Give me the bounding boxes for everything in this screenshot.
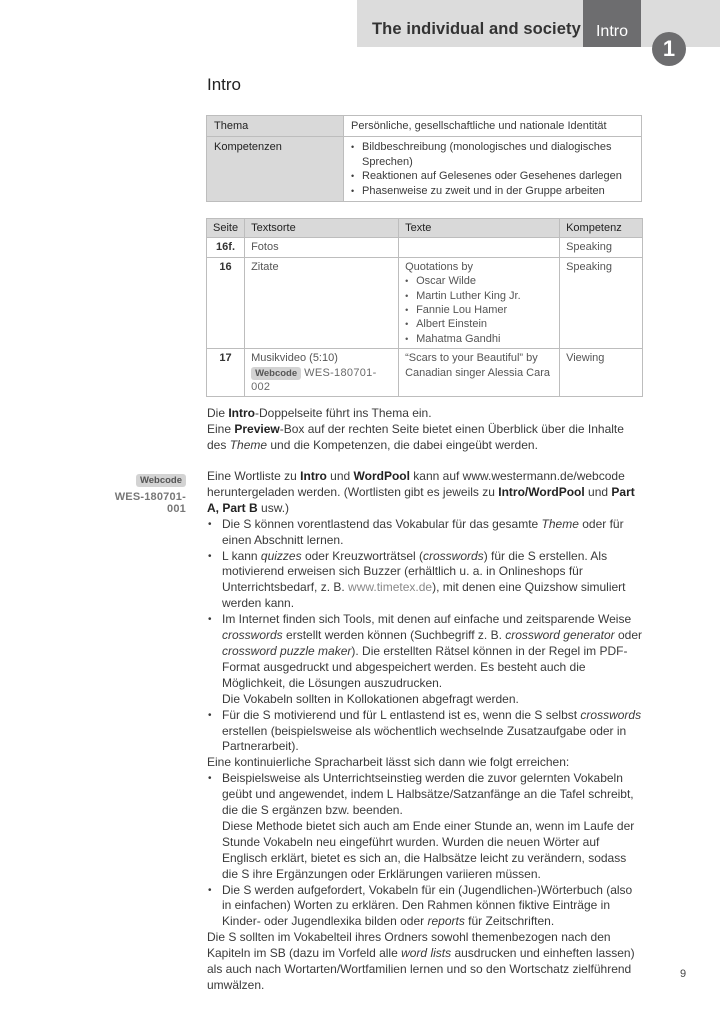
- intro-line-1: Die Intro-Doppelseite führt ins Thema ei…: [207, 406, 643, 422]
- list-item: Martin Luther King Jr.: [405, 289, 553, 303]
- text: Die Vokabeln sollten in Kollokationen ab…: [222, 692, 519, 706]
- side-webcode: Webcode WES-180701-001: [100, 470, 186, 515]
- row-value: Persönliche, gesellschaftliche und natio…: [344, 116, 642, 137]
- cell-competence: Viewing: [560, 349, 643, 397]
- list-item: Fannie Lou Hamer: [405, 303, 553, 317]
- page-number: 9: [680, 968, 686, 980]
- bold-term: Preview: [234, 422, 279, 436]
- list-item: Im Internet finden sich Tools, mit denen…: [207, 612, 643, 707]
- text: erstellen (beispielsweise als wöchentlic…: [222, 724, 626, 754]
- timetex-link[interactable]: www.timetex.de: [348, 580, 432, 594]
- text: erstellt werden können (Suchbegriff z. B…: [283, 628, 506, 642]
- cell-texts: Quotations by Oscar Wilde Martin Luther …: [399, 257, 560, 348]
- paragraph: Die S sollten im Vokabelteil ihres Ordne…: [207, 930, 643, 994]
- italic-term: crosswords: [423, 549, 484, 563]
- cell-page: 16: [207, 257, 245, 348]
- intro-line-2: Eine Preview-Box auf der rechten Seite b…: [207, 422, 643, 454]
- list-item: Die S können vorentlastend das Vokabular…: [207, 517, 643, 549]
- italic-term: Theme: [230, 438, 267, 452]
- list-item: Reaktionen auf Gelesenes oder Gesehenes …: [351, 169, 634, 183]
- overview-table: Thema Persönliche, gesellschaftliche und…: [206, 115, 642, 202]
- row-value: Bildbeschreibung (monologisches und dial…: [344, 137, 642, 202]
- table-header-row: Seite Textsorte Texte Kompetenz: [207, 219, 643, 238]
- page-title: Intro: [207, 75, 241, 95]
- type-label: Musikvideo (5:10): [251, 351, 392, 365]
- row-label: Kompetenzen: [207, 137, 344, 202]
- italic-term: crossword generator: [505, 628, 614, 642]
- italic-term: crossword puzzle maker: [222, 644, 351, 658]
- italic-term: Theme: [542, 517, 579, 531]
- list-item: Die S werden aufgefordert, Vokabeln für …: [207, 883, 643, 931]
- text: usw.): [258, 501, 289, 515]
- text: für Zeitschriften.: [465, 914, 554, 928]
- text: Für die S motivierend und für L entlaste…: [222, 708, 580, 722]
- bold-term: Intro: [300, 469, 327, 483]
- section-tab: Intro: [583, 0, 641, 47]
- webcode-badge: Webcode: [251, 367, 301, 380]
- texts-table: Seite Textsorte Texte Kompetenz 16f. Fot…: [206, 218, 643, 397]
- list-item: Für die S motivierend und für L entlaste…: [207, 708, 643, 756]
- list-item: Albert Einstein: [405, 317, 553, 331]
- cell-page: 17: [207, 349, 245, 397]
- text: Die S können vorentlastend das Vokabular…: [222, 517, 542, 531]
- table-row: 17 Musikvideo (5:10) WebcodeWES-180701-0…: [207, 349, 643, 397]
- main-paragraph: Eine Wortliste zu Intro und WordPool kan…: [207, 469, 643, 994]
- list-item: Phasenweise zu zweit und in der Gruppe a…: [351, 184, 634, 198]
- list-item: Bildbeschreibung (monologisches und dial…: [351, 140, 634, 169]
- column-header: Kompetenz: [560, 219, 643, 238]
- cell-competence: Speaking: [560, 257, 643, 348]
- bold-term: Intro/WordPool: [498, 485, 584, 499]
- cell-type: Fotos: [245, 238, 399, 257]
- webcode-line: WebcodeWES-180701-002: [251, 366, 392, 395]
- webcode-value: WES-180701-001: [100, 491, 186, 515]
- text: oder Kreuzworträtsel (: [302, 549, 423, 563]
- row-label: Thema: [207, 116, 344, 137]
- text: Eine: [207, 422, 234, 436]
- table-row: Kompetenzen Bildbeschreibung (monologisc…: [207, 137, 642, 202]
- text: L kann: [222, 549, 261, 563]
- table-row: 16 Zitate Quotations by Oscar Wilde Mart…: [207, 257, 643, 348]
- quotations-intro: Quotations by: [405, 260, 553, 274]
- text: Eine Wortliste zu: [207, 469, 300, 483]
- tips-list: Die S können vorentlastend das Vokabular…: [207, 517, 643, 756]
- column-header: Texte: [399, 219, 560, 238]
- list-item: Mahatma Gandhi: [405, 332, 553, 346]
- text: Im Internet finden sich Tools, mit denen…: [222, 612, 631, 626]
- cell-competence: Speaking: [560, 238, 643, 257]
- intro-paragraph: Die Intro-Doppelseite führt ins Thema ei…: [207, 406, 643, 454]
- text: Die: [207, 406, 228, 420]
- bold-term: WordPool: [354, 469, 410, 483]
- italic-term: quizzes: [261, 549, 302, 563]
- cell-type: Musikvideo (5:10) WebcodeWES-180701-002: [245, 349, 399, 397]
- italic-term: word lists: [401, 946, 451, 960]
- quotations-list: Oscar Wilde Martin Luther King Jr. Fanni…: [405, 274, 553, 346]
- cell-page: 16f.: [207, 238, 245, 257]
- paragraph: Eine kontinuierliche Spracharbeit lässt …: [207, 755, 643, 771]
- table-row: 16f. Fotos Speaking: [207, 238, 643, 257]
- practice-list: Beispielsweise als Unterrichtseinstieg w…: [207, 771, 643, 930]
- italic-term: crosswords: [580, 708, 641, 722]
- webcode-badge: Webcode: [136, 474, 186, 487]
- column-header: Seite: [207, 219, 245, 238]
- text: oder: [615, 628, 642, 642]
- italic-term: crosswords: [222, 628, 283, 642]
- text: Beispielsweise als Unterrichtseinstieg w…: [222, 771, 634, 817]
- text: -Doppelseite führt ins Thema ein.: [255, 406, 432, 420]
- chapter-number-badge: 1: [652, 32, 686, 66]
- cell-texts: [399, 238, 560, 257]
- cell-type: Zitate: [245, 257, 399, 348]
- list-item: L kann quizzes oder Kreuzworträtsel (cro…: [207, 549, 643, 613]
- text: und die Kompetenzen, die dabei eingeübt …: [267, 438, 538, 452]
- section-title: The individual and society: [372, 20, 581, 39]
- paragraph: Eine Wortliste zu Intro und WordPool kan…: [207, 469, 643, 517]
- bold-term: Intro: [228, 406, 255, 420]
- italic-term: reports: [427, 914, 464, 928]
- competence-list: Bildbeschreibung (monologisches und dial…: [351, 140, 634, 198]
- column-header: Textsorte: [245, 219, 399, 238]
- text: und: [585, 485, 612, 499]
- table-row: Thema Persönliche, gesellschaftliche und…: [207, 116, 642, 137]
- text: Diese Methode bietet sich auch am Ende e…: [222, 819, 634, 881]
- cell-texts: “Scars to your Beautiful” by Canadian si…: [399, 349, 560, 397]
- text: und: [327, 469, 354, 483]
- list-item: Beispielsweise als Unterrichtseinstieg w…: [207, 771, 643, 882]
- list-item: Oscar Wilde: [405, 274, 553, 288]
- section-tab-label: Intro: [596, 23, 628, 41]
